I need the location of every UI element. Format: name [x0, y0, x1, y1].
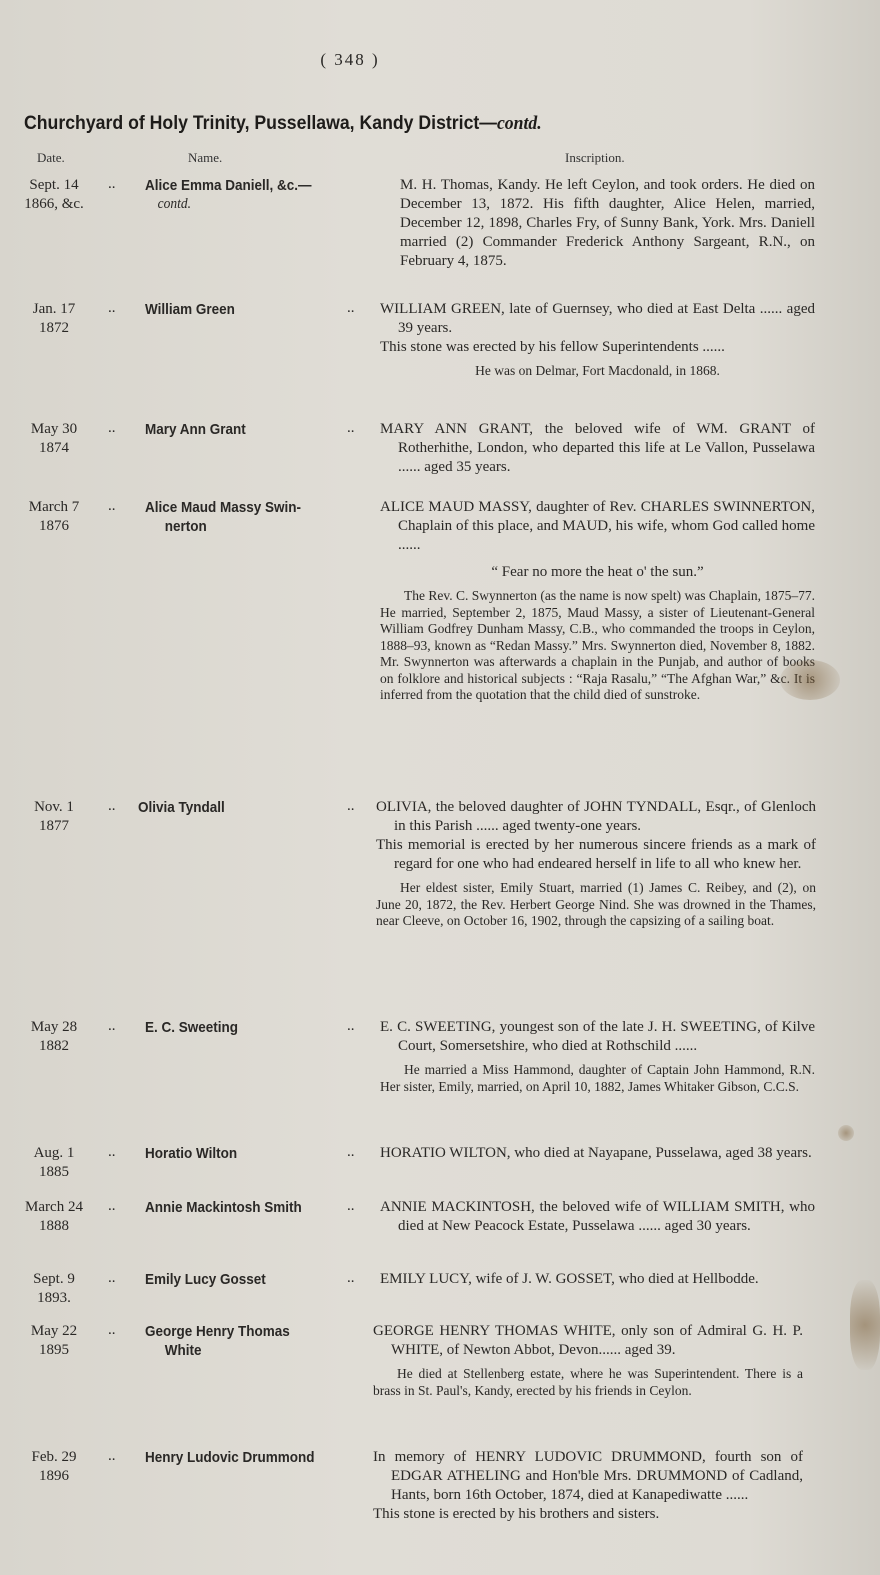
entry-name: Horatio Wilton [145, 1144, 339, 1163]
leader-dots: .. [347, 1198, 355, 1215]
entry-inscription: GEORGE HENRY THOMAS WHITE, only son of A… [373, 1322, 803, 1399]
entry-inscription: MARY ANN GRANT, the beloved wife of WM. … [380, 420, 815, 477]
leader-dots: .. [108, 176, 116, 193]
entry-name: George Henry ThomasWhite [145, 1322, 339, 1360]
entry-inscription: WILLIAM GREEN, late of Guernsey, who die… [380, 300, 815, 380]
leader-dots: .. [108, 798, 116, 815]
entry-name: Alice Emma Daniell, &c.—contd. [145, 176, 339, 214]
leader-dots: .. [108, 1018, 116, 1035]
leader-dots: .. [347, 1144, 355, 1161]
entry-date: Jan. 171872 [14, 300, 94, 338]
entry-name: Emily Lucy Gosset [145, 1270, 339, 1289]
entry-name: William Green [145, 300, 339, 319]
page-number: ( 348 ) [0, 50, 700, 70]
paper-stain [838, 1125, 854, 1141]
entry-name: Alice Maud Massy Swin-nerton [145, 498, 339, 536]
page-title: Churchyard of Holy Trinity, Pussellawa, … [24, 113, 542, 135]
leader-dots: .. [347, 1018, 355, 1035]
entry-inscription: EMILY LUCY, wife of J. W. GOSSET, who di… [380, 1270, 815, 1289]
leader-dots: .. [347, 300, 355, 317]
leader-dots: .. [108, 1270, 116, 1287]
leader-dots: .. [347, 420, 355, 437]
entry-name: E. C. Sweeting [145, 1018, 339, 1037]
entry-inscription: E. C. SWEETING, youngest son of the late… [380, 1018, 815, 1095]
entry-inscription: ANNIE MACKINTOSH, the beloved wife of WI… [380, 1198, 815, 1236]
entry-date: Aug. 11885 [14, 1144, 94, 1182]
column-header-inscription: Inscription. [565, 150, 625, 166]
leader-dots: .. [347, 1270, 355, 1287]
entry-inscription: In memory of HENRY LUDOVIC DRUMMOND, fou… [373, 1448, 803, 1524]
entry-date: Nov. 11877 [14, 798, 94, 836]
entry-date: Feb. 291896 [14, 1448, 94, 1486]
entry-inscription: HORATIO WILTON, who died at Nayapane, Pu… [380, 1144, 815, 1163]
entry-name: Henry Ludovic Drummond [145, 1448, 339, 1467]
leader-dots: .. [108, 1144, 116, 1161]
entry-name: Annie Mackintosh Smith [145, 1198, 339, 1217]
leader-dots: .. [108, 1448, 116, 1465]
entry-date: May 301874 [14, 420, 94, 458]
entry-inscription: ALICE MAUD MASSY, daughter of Rev. CHARL… [380, 498, 815, 704]
page-title-suffix: contd. [497, 113, 542, 134]
entry-date: May 221895 [14, 1322, 94, 1360]
leader-dots: .. [108, 1198, 116, 1215]
leader-dots: .. [108, 420, 116, 437]
entry-date: Sept. 141866, &c. [14, 176, 94, 214]
leader-dots: .. [108, 498, 116, 515]
paper-stain [780, 660, 840, 700]
entry-name: Olivia Tyndall [138, 798, 332, 817]
entry-date: Sept. 91893. [14, 1270, 94, 1308]
leader-dots: .. [347, 798, 355, 815]
entry-inscription: M. H. Thomas, Kandy. He left Ceylon, and… [400, 176, 815, 271]
leader-dots: .. [108, 300, 116, 317]
entry-name: Mary Ann Grant [145, 420, 339, 439]
entry-inscription: OLIVIA, the beloved daughter of JOHN TYN… [376, 798, 816, 930]
paper-tear [850, 1280, 880, 1370]
column-header-name: Name. [188, 150, 222, 166]
column-header-date: Date. [37, 150, 65, 166]
entry-date: March 71876 [14, 498, 94, 536]
page-title-main: Churchyard of Holy Trinity, Pussellawa, … [24, 113, 497, 134]
entry-date: May 281882 [14, 1018, 94, 1056]
leader-dots: .. [108, 1322, 116, 1339]
entry-date: March 241888 [14, 1198, 94, 1236]
